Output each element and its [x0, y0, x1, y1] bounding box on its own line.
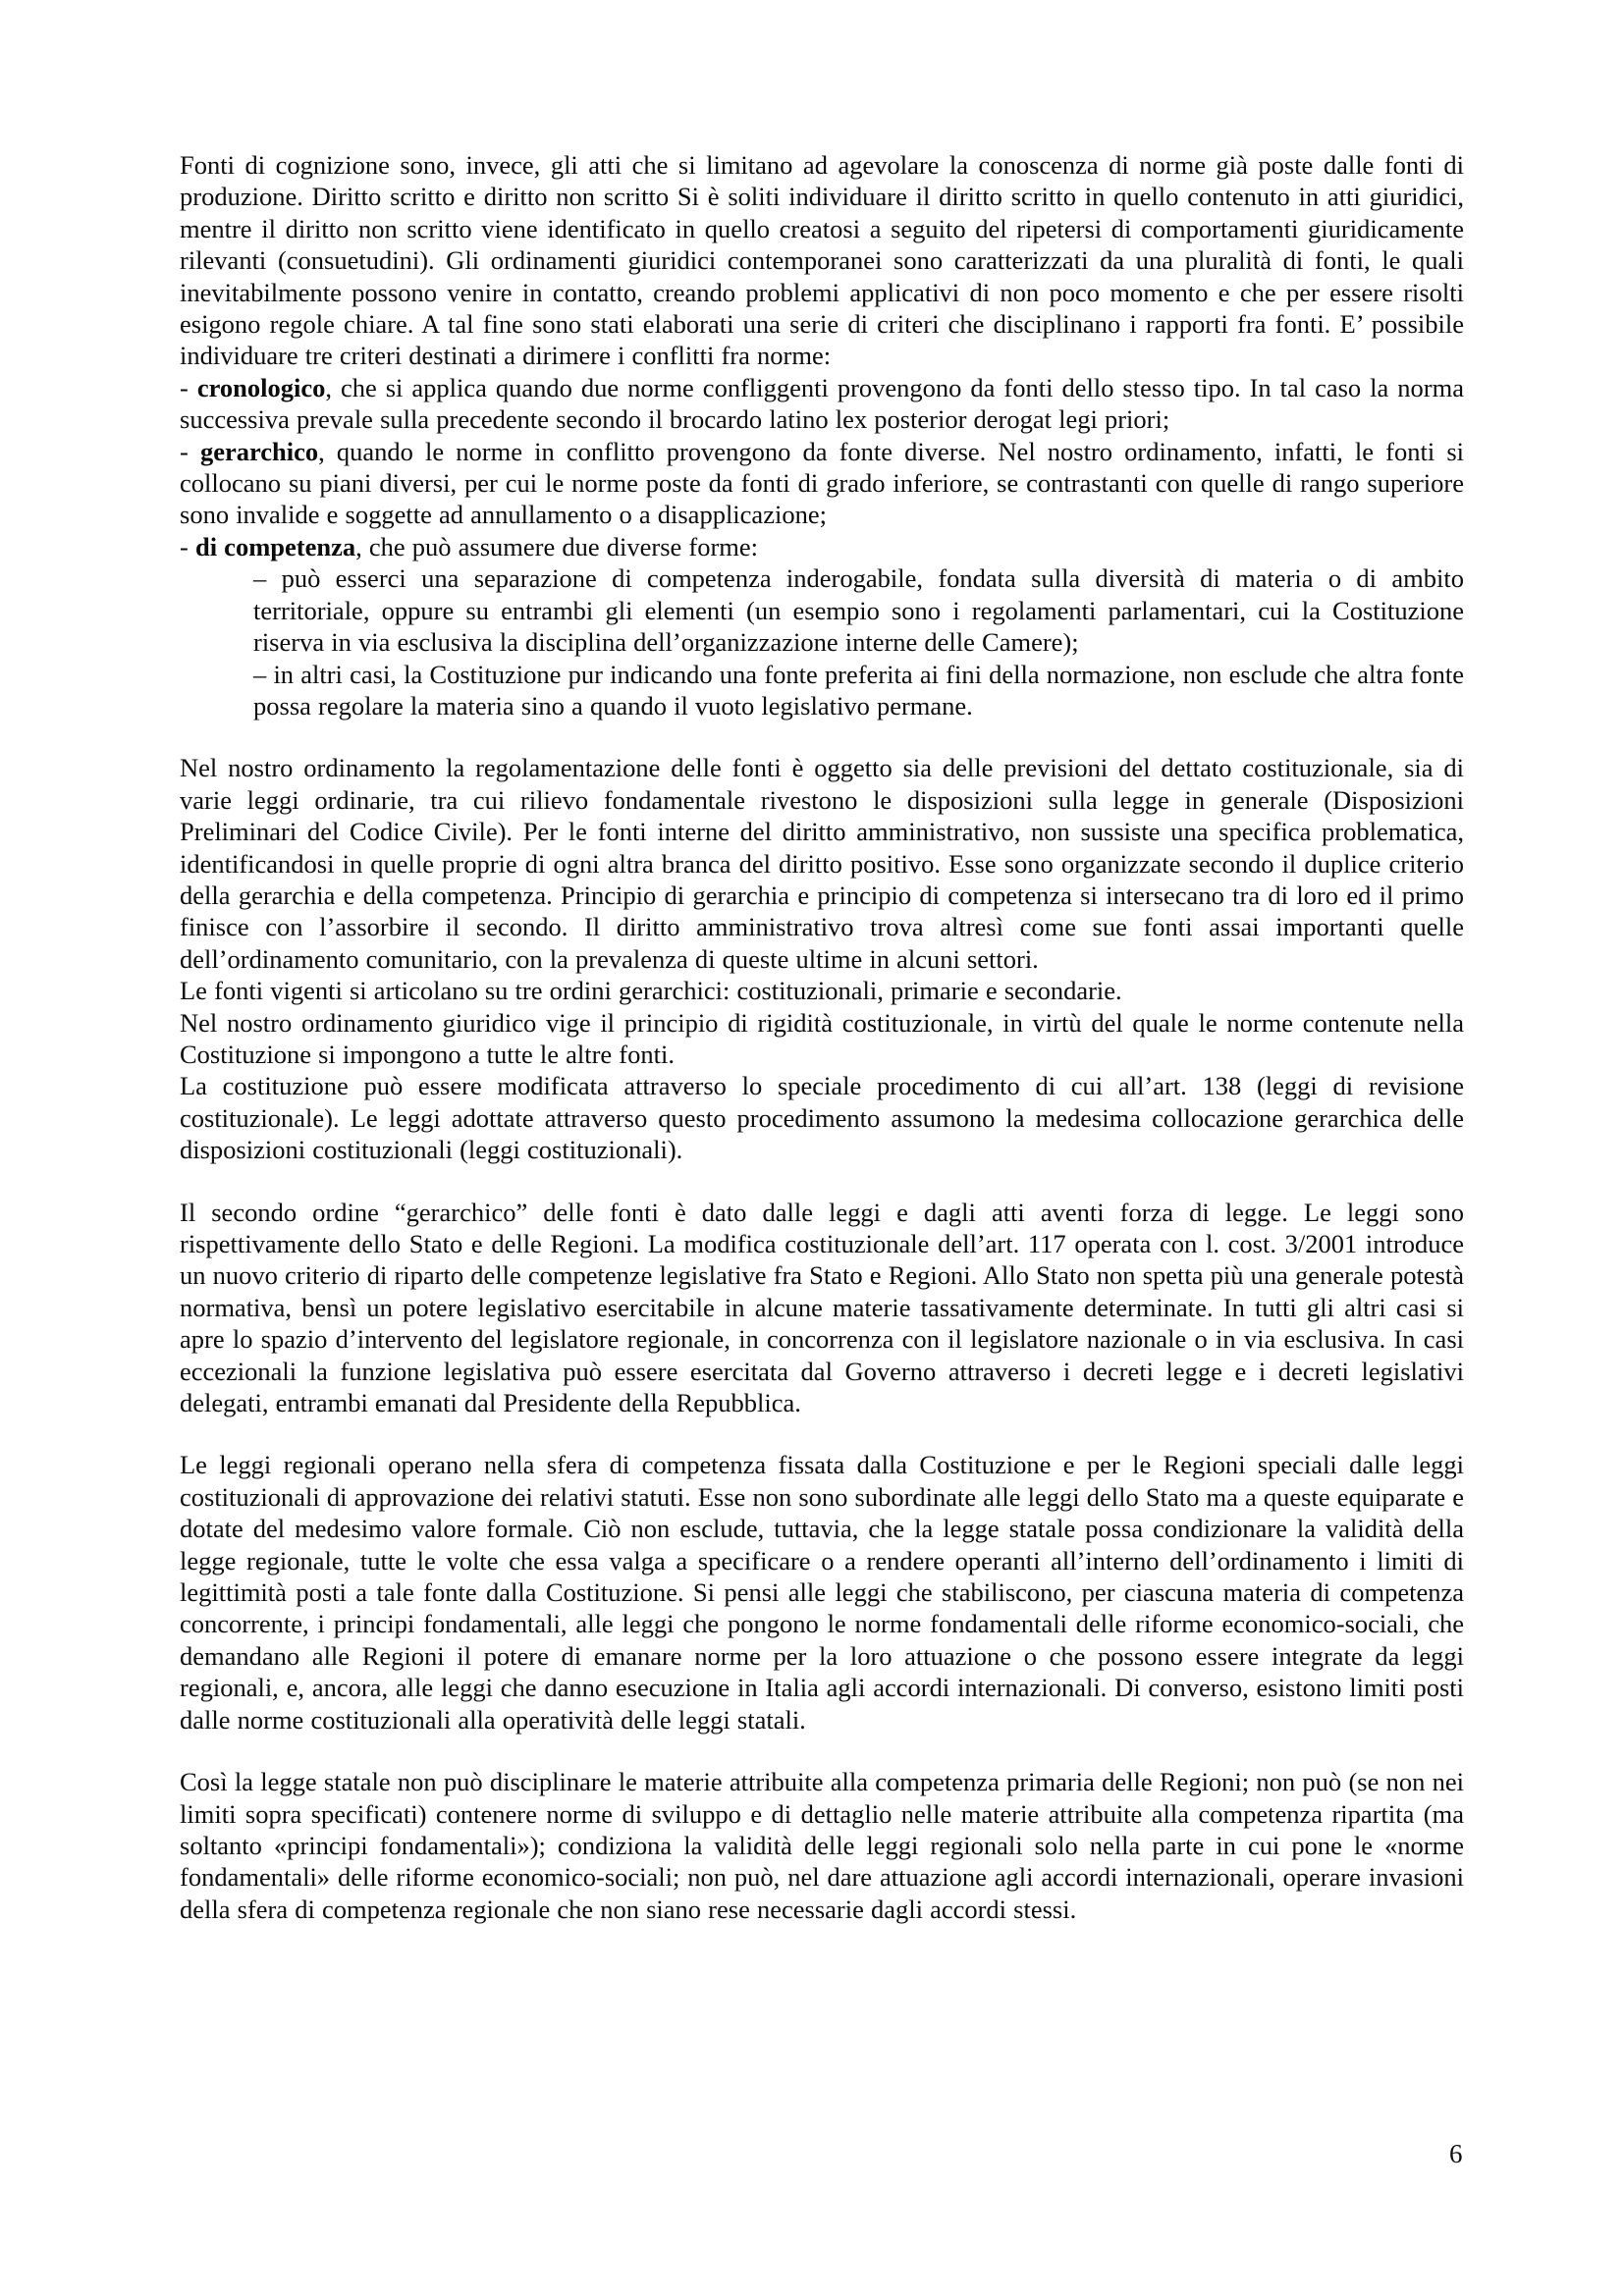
term-di-competenza: di competenza — [195, 532, 355, 561]
list-dash: - — [180, 437, 200, 466]
list-item-text: , quando le norme in conflitto provengon… — [180, 437, 1464, 530]
paragraph-rigidita-costituzionale: Nel nostro ordinamento giuridico vige il… — [180, 1007, 1464, 1071]
term-cronologico: cronologico — [197, 373, 326, 402]
list-item-text: , che può assumere due diverse forme: — [355, 532, 758, 561]
paragraph-leggi-regionali: Le leggi regionali operano nella sfera d… — [180, 1449, 1464, 1735]
paragraph-spacer — [180, 1735, 1464, 1766]
paragraph-spacer — [180, 1418, 1464, 1449]
paragraph-fonti-cognizione: Fonti di cognizione sono, invece, gli at… — [180, 149, 1464, 372]
list-item-cronologico: - cronologico, che si applica quando due… — [180, 372, 1464, 436]
paragraph-spacer — [180, 721, 1464, 752]
paragraph-spacer — [180, 1166, 1464, 1197]
subitem-separazione-competenza: – può esserci una separazione di compete… — [253, 562, 1464, 658]
subitem-fonte-preferita: – in altri casi, la Costituzione pur ind… — [253, 659, 1464, 722]
paragraph-limiti-legge-statale: Così la legge statale non può disciplina… — [180, 1766, 1464, 1925]
list-item-text: , che si applica quando due norme confli… — [180, 373, 1464, 434]
paragraph-secondo-ordine: Il secondo ordine “gerarchico” delle fon… — [180, 1197, 1464, 1419]
list-dash: - — [180, 373, 197, 402]
page-number: 6 — [1449, 2138, 1463, 2169]
paragraph-fonti-vigenti: Le fonti vigenti si articolano su tre or… — [180, 975, 1464, 1006]
text-column: Fonti di cognizione sono, invece, gli at… — [180, 149, 1464, 1925]
list-item-di-competenza: - di competenza, che può assumere due di… — [180, 531, 1464, 562]
term-gerarchico: gerarchico — [200, 437, 318, 466]
list-item-gerarchico: - gerarchico, quando le norme in conflit… — [180, 436, 1464, 531]
paragraph-revisione-costituzionale: La costituzione può essere modificata at… — [180, 1070, 1464, 1165]
list-dash: - — [180, 532, 195, 561]
paragraph-regolamentazione-fonti: Nel nostro ordinamento la regolamentazio… — [180, 752, 1464, 975]
